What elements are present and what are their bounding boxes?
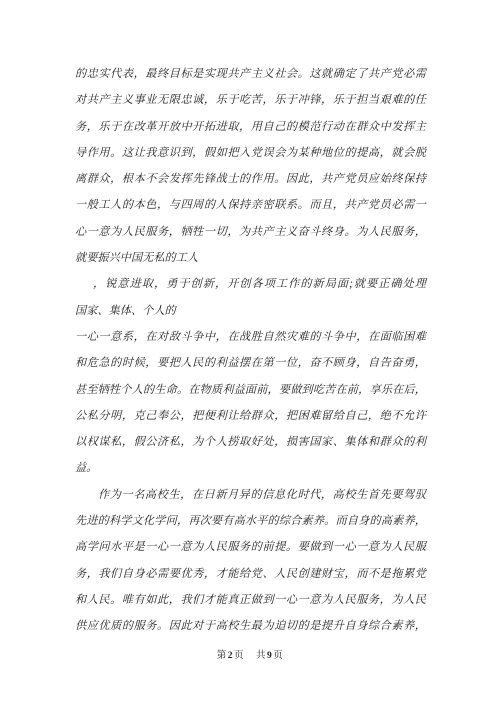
text-line: 一心一意系，在对敌斗争中，在战胜自然灾难的斗争中，在面临困难 xyxy=(75,324,426,350)
text-line: 对共产主义事业无限忠诚，乐于吃苦，乐于冲锋，乐于担当艰难的任 xyxy=(75,87,426,113)
text-line: 先进的科学文化学问，再次要有高水平的综合素养。而自身的高素养， xyxy=(75,508,426,534)
page-footer: 第2页共9页 xyxy=(0,650,500,662)
page-indicator: 第2页 xyxy=(217,650,244,662)
text-line: 以权谋私，假公济私，为个人捞取好处，损害国家、集体和群众的利 xyxy=(75,429,426,455)
text-line: 的忠实代表，最终目标是实现共产主义社会。这就确定了共产党必需 xyxy=(75,61,426,87)
text-line: 供应优质的服务。因此对于高校生最为迫切的是提升自身综合素养， xyxy=(75,613,426,639)
text-line: ，锐意进取，勇于创新，开创各项工作的新局面;就要正确处理 xyxy=(75,271,426,297)
text-line: 国家、集体、个人的 xyxy=(75,298,426,324)
text-line: 高学问水平是一心一意为人民服务的前提。要做到一心一意为人民服 xyxy=(75,534,426,560)
page-number: 2 xyxy=(227,651,234,661)
text-line: 务，我们自身必需要优秀，才能给党、人民创建财宝，而不是拖累党 xyxy=(75,561,426,587)
page-label-prefix: 第 xyxy=(217,651,227,661)
total-pages-indicator: 共9页 xyxy=(256,650,283,662)
text-line: 离群众，根本不会发挥先锋战士的作用。因此，共产党员应始终保持 xyxy=(75,166,426,192)
text-line: 务，乐于在改革开放中开拓进取，用自己的模范行动在群众中发挥主 xyxy=(75,114,426,140)
text-line: 就要振兴中国无私的工人 xyxy=(75,245,426,271)
text-line: 心一意为人民服务，牺牲一切，为共产主义奋斗终身。为人民服务， xyxy=(75,219,426,245)
text-line: 益。 xyxy=(75,455,426,481)
text-line: 一般工人的本色，与四周的人保持亲密联系。而且，共产党员必需一 xyxy=(75,192,426,218)
text-line: 导作用。这让我意识到，假如把入党误会为某种地位的提高，就会脱 xyxy=(75,140,426,166)
text-line: 和人民。唯有如此，我们才能真正做到一心一意为人民服务，为人民 xyxy=(75,587,426,613)
text-line: 公私分明，克己奉公，把便利让给群众，把困难留给自己，绝不允许 xyxy=(75,403,426,429)
total-label-suffix: 页 xyxy=(273,651,283,661)
text-line: 作为一名高校生，在日新月异的信息化时代，高校生首先要驾驭 xyxy=(75,482,426,508)
text-line: 甚至牺牲个人的生命。在物质利益面前，要做到吃苦在前，享乐在后， xyxy=(75,377,426,403)
text-line: 和危急的时候，要把人民的利益摆在第一位，奋不顾身，自告奋勇， xyxy=(75,350,426,376)
page-label-suffix: 页 xyxy=(234,651,244,661)
document-body: 的忠实代表，最终目标是实现共产主义社会。这就确定了共产党必需 对共产主义事业无限… xyxy=(75,61,426,640)
document-page: 的忠实代表，最终目标是实现共产主义社会。这就确定了共产党必需 对共产主义事业无限… xyxy=(0,0,500,707)
total-label-prefix: 共 xyxy=(256,651,266,661)
